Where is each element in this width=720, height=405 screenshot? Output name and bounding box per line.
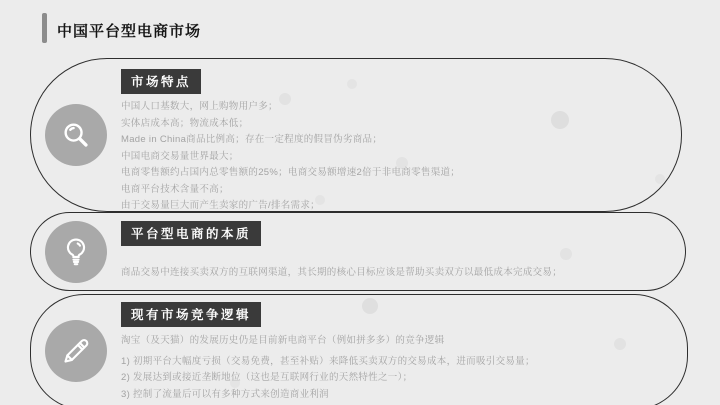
page-title: 中国平台型电商市场 <box>57 20 201 41</box>
section-platform-essence: 平台型电商的本质 商品交易中连接买卖双方的互联网渠道，其长期的核心目标应该是帮助… <box>30 212 686 291</box>
magnifier-icon <box>45 104 107 166</box>
section-body: 商品交易中连接买卖双方的互联网渠道，其长期的核心目标应该是帮助买卖双方以最低成本… <box>121 265 669 282</box>
section-market-features: 市场特点 中国人口基数大，网上购物用户多； 实体店成本高；物流成本低； Made… <box>30 58 682 212</box>
body-line: 淘宝（及天猫）的发展历史仍是目前新电商平台（例如拼多多）的竞争逻辑 <box>121 333 671 350</box>
section-market-features-content: 市场特点 中国人口基数大，网上购物用户多； 实体店成本高；物流成本低； Made… <box>121 69 665 215</box>
body-line: 2) 发展达到或接近垄断地位（这也是互联网行业的天然特性之一）； <box>121 370 671 387</box>
body-line: 商品交易中连接买卖双方的互联网渠道，其长期的核心目标应该是帮助买卖双方以最低成本… <box>121 265 669 282</box>
section-heading: 平台型电商的本质 <box>121 221 261 246</box>
body-line: 电商平台技术含量不高； <box>121 182 665 199</box>
section-heading: 现有市场竞争逻辑 <box>121 302 261 327</box>
bulb-icon <box>45 221 107 283</box>
pencil-icon <box>45 320 107 382</box>
body-line: 中国人口基数大，网上购物用户多； <box>121 99 665 116</box>
title-accent-bar <box>42 13 47 43</box>
section-heading: 市场特点 <box>121 69 201 94</box>
section-body: 中国人口基数大，网上购物用户多； 实体店成本高；物流成本低； Made in C… <box>121 99 665 215</box>
section-body: 淘宝（及天猫）的发展历史仍是目前新电商平台（例如拼多多）的竞争逻辑 1) 初期平… <box>121 333 671 403</box>
body-line: Made in China商品比例高；存在一定程度的假冒伪劣商品； <box>121 132 665 149</box>
section-platform-essence-content: 平台型电商的本质 商品交易中连接买卖双方的互联网渠道，其长期的核心目标应该是帮助… <box>121 221 669 282</box>
body-line: 1) 初期平台大幅度亏损（交易免费，甚至补贴）来降低买卖双方的交易成本，进而吸引… <box>121 354 671 371</box>
section-competition-logic-content: 现有市场竞争逻辑 淘宝（及天猫）的发展历史仍是目前新电商平台（例如拼多多）的竞争… <box>121 302 671 403</box>
slide: 中国平台型电商市场 市场特点 中国人口基数大，网上购物用户多； 实体店成本高；物… <box>0 0 720 405</box>
body-line: 实体店成本高；物流成本低； <box>121 116 665 133</box>
section-competition-logic: 现有市场竞争逻辑 淘宝（及天猫）的发展历史仍是目前新电商平台（例如拼多多）的竞争… <box>30 294 688 405</box>
body-line: 3) 控制了流量后可以有多种方式来创造商业利润 <box>121 387 671 404</box>
body-line: 电商零售额约占国内总零售额的25%；电商交易额增速2倍于非电商零售渠道； <box>121 165 665 182</box>
body-line: 中国电商交易量世界最大； <box>121 149 665 166</box>
